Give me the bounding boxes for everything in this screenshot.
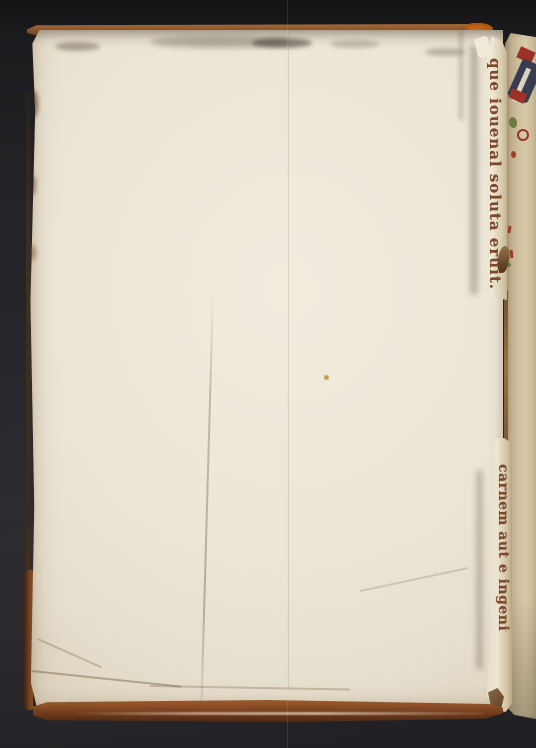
crease-line [360,567,468,592]
page-gap-shadow [476,470,483,670]
manuscript-photo: que iouenal soluta eruit. carnem aut e i… [0,0,536,748]
binding-highlight [71,712,485,715]
illumination-red-curl [517,129,529,141]
book-left-edge-bottom [24,570,33,710]
page-gap-shadow [459,30,463,120]
page-gap-shadow [470,45,478,295]
soot-smudge [330,40,380,48]
book-bottom-edge [33,700,503,722]
soot-smudge [55,42,100,51]
crease-line [200,292,214,712]
edge-text-bottom: carnem aut e ingeniu [494,464,511,632]
amber-speck [324,375,329,380]
crease-line [37,638,102,668]
stray-fiber [288,30,289,690]
soot-smudge [252,38,312,48]
parchment-page [30,30,503,710]
illumination-red-dot [511,151,516,158]
illumination-green-leaf [508,116,518,128]
crease-line [150,685,350,690]
